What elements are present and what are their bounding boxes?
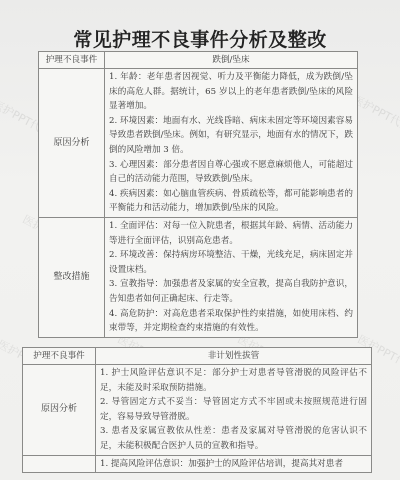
page-title: 常见护理不良事件分析及整改 [0, 25, 400, 52]
list-item: 1. 提高风险评估意识：加强护士的风险评估培训，提高其对患者 [100, 457, 367, 472]
section-label: 原因分析 [39, 69, 105, 218]
list-item: 2. 导管固定方式不妥当：导管固定方式不牢固或未按照规范进行固定，容易导致导管滑… [100, 395, 367, 424]
list-item: 4. 疾病因素：如心脑血管疾病、骨质疏松等，都可能影响患者的平衡能力和活动能力，… [109, 187, 353, 216]
table-row-corrective-measures: 1. 提高风险评估意识：加强护士的风险评估培训，提高其对患者 [23, 455, 372, 473]
list-item: 2. 环境改善：保持病房环境整洁、干燥，光线充足，病床固定并设置床档。 [109, 248, 353, 277]
header-label: 护理不良事件 [39, 52, 105, 69]
adverse-event-table-falls: 护理不良事件 跌倒/坠床 原因分析 1. 年龄：老年患者因视觉、听力及平衡能力降… [38, 51, 358, 338]
table-row-cause-analysis: 原因分析 1. 护士风险评估意识不足：部分护士对患者导管滑脱的风险评估不足，未能… [23, 365, 372, 456]
list-item: 2. 环境因素：地面有水、光线昏暗、病床未固定等环境因素容易导致患者跌倒/坠床。… [109, 114, 353, 158]
table-header-row: 护理不良事件 跌倒/坠床 [39, 52, 358, 69]
section-content: 1. 提高风险评估意识：加强护士的风险评估培训，提高其对患者 [96, 455, 372, 473]
section-label: 整改措施 [39, 217, 105, 337]
adverse-event-table-unplanned-extubation: 护理不良事件 非计划性拔管 原因分析 1. 护士风险评估意识不足：部分护士对患者… [22, 347, 372, 473]
list-item: 1. 护士风险评估意识不足：部分护士对患者导管滑脱的风险评估不足，未能及时采取预… [100, 366, 367, 395]
table-row-corrective-measures: 整改措施 1. 全面评估：对每一位入院患者，根据其年龄、病情、活动能力等进行全面… [39, 217, 358, 337]
header-label: 护理不良事件 [23, 348, 96, 365]
list-item: 1. 全面评估：对每一位入院患者，根据其年龄、病情、活动能力等进行全面评估，识别… [109, 219, 353, 248]
header-event-name: 非计划性拔管 [96, 348, 372, 365]
list-item: 4. 高危防护：对高危患者采取保护性约束措施，如使用床档、约束带等，并定期检查约… [109, 307, 353, 336]
section-content: 1. 全面评估：对每一位入院患者，根据其年龄、病情、活动能力等进行全面评估，识别… [105, 217, 358, 337]
section-content: 1. 护士风险评估意识不足：部分护士对患者导管滑脱的风险评估不足，未能及时采取预… [96, 365, 372, 456]
section-label [23, 455, 96, 473]
list-item: 3. 患者及家属宣教依从性差：患者及家属对导管滑脱的危害认识不足，未能积极配合医… [100, 424, 367, 453]
table-row-cause-analysis: 原因分析 1. 年龄：老年患者因视觉、听力及平衡能力降低，成为跌倒/坠床的高危人… [39, 69, 358, 218]
section-label: 原因分析 [23, 365, 96, 456]
section-content: 1. 年龄：老年患者因视觉、听力及平衡能力降低，成为跌倒/坠床的高危人群。据统计… [105, 69, 358, 218]
list-item: 3. 宣教指导：加强患者及家属的安全宣教，提高自我防护意识，告知患者如何正确起床… [109, 277, 353, 306]
document-page: 医护PPT代做 医护PPT代做 医护PPT代做 医护PPT代做 医护PPT代做 … [0, 0, 400, 480]
list-item: 1. 年龄：老年患者因视觉、听力及平衡能力降低，成为跌倒/坠床的高危人群。据统计… [109, 70, 353, 114]
header-event-name: 跌倒/坠床 [105, 52, 358, 69]
table-header-row: 护理不良事件 非计划性拔管 [23, 348, 372, 365]
list-item: 3. 心理因素：部分患者因自尊心强或不愿意麻烦他人，可能超过自己的活动能力范围，… [109, 158, 353, 187]
